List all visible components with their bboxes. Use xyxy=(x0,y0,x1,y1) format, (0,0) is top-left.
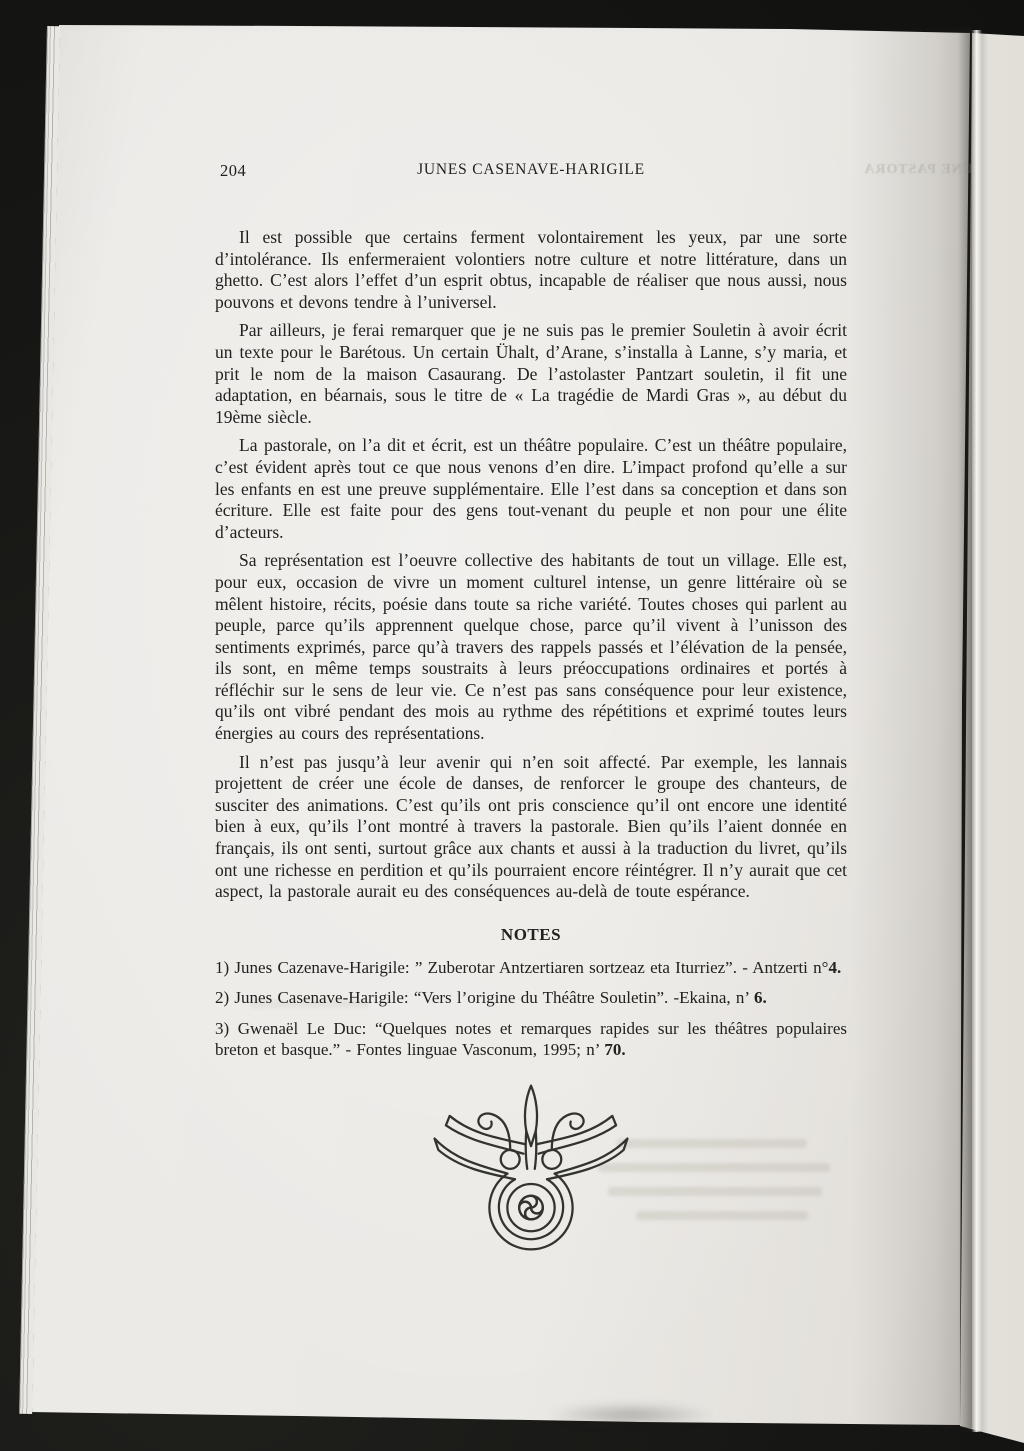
paragraph: Il est possible que certains ferment vol… xyxy=(215,227,847,313)
note-item: 1) Junes Cazenave-Harigile: ” Zuberotar … xyxy=(215,957,847,978)
page-number: 204 xyxy=(220,161,246,181)
paragraph: Il n’est pas jusqu’à leur avenir qui n’e… xyxy=(215,752,847,903)
bottom-edge-shadow xyxy=(545,1402,715,1428)
page-header: 204 JUNES CASENAVE-HARIGILE UNE PASTORA xyxy=(215,161,847,183)
note-number: 70. xyxy=(604,1040,625,1059)
emblem-container xyxy=(215,1076,847,1261)
page-content: 204 JUNES CASENAVE-HARIGILE UNE PASTORA … xyxy=(215,161,847,1261)
notes-list: 1) Junes Cazenave-Harigile: ” Zuberotar … xyxy=(215,957,847,1061)
paragraph: Par ailleurs, je ferai remarquer que je … xyxy=(215,320,847,428)
note-text: 2) Junes Casenave-Harigile: “Vers l’orig… xyxy=(215,988,754,1007)
note-text: 1) Junes Cazenave-Harigile: ” Zuberotar … xyxy=(215,958,828,977)
notes-heading: NOTES xyxy=(215,925,847,945)
paragraph: La pastorale, on l’a dit et écrit, est u… xyxy=(215,435,847,543)
note-number: 6. xyxy=(754,988,767,1007)
lauburu-emblem-icon xyxy=(427,1076,635,1256)
note-item: 3) Gwenaël Le Duc: “Quelques notes et re… xyxy=(215,1018,847,1061)
binding-crease xyxy=(958,30,988,1432)
note-text: 3) Gwenaël Le Duc: “Quelques notes et re… xyxy=(215,1019,847,1059)
paragraph: Sa représentation est l’oeuvre collectiv… xyxy=(215,550,847,744)
note-number: 4. xyxy=(828,958,841,977)
note-item: 2) Junes Casenave-Harigile: “Vers l’orig… xyxy=(215,987,847,1008)
showthrough-title: UNE PASTORA xyxy=(753,162,973,178)
gutter-shadow xyxy=(850,28,972,1428)
book-photo-scene: 204 JUNES CASENAVE-HARIGILE UNE PASTORA … xyxy=(0,0,1024,1451)
body-text: Il est possible que certains ferment vol… xyxy=(215,227,847,903)
